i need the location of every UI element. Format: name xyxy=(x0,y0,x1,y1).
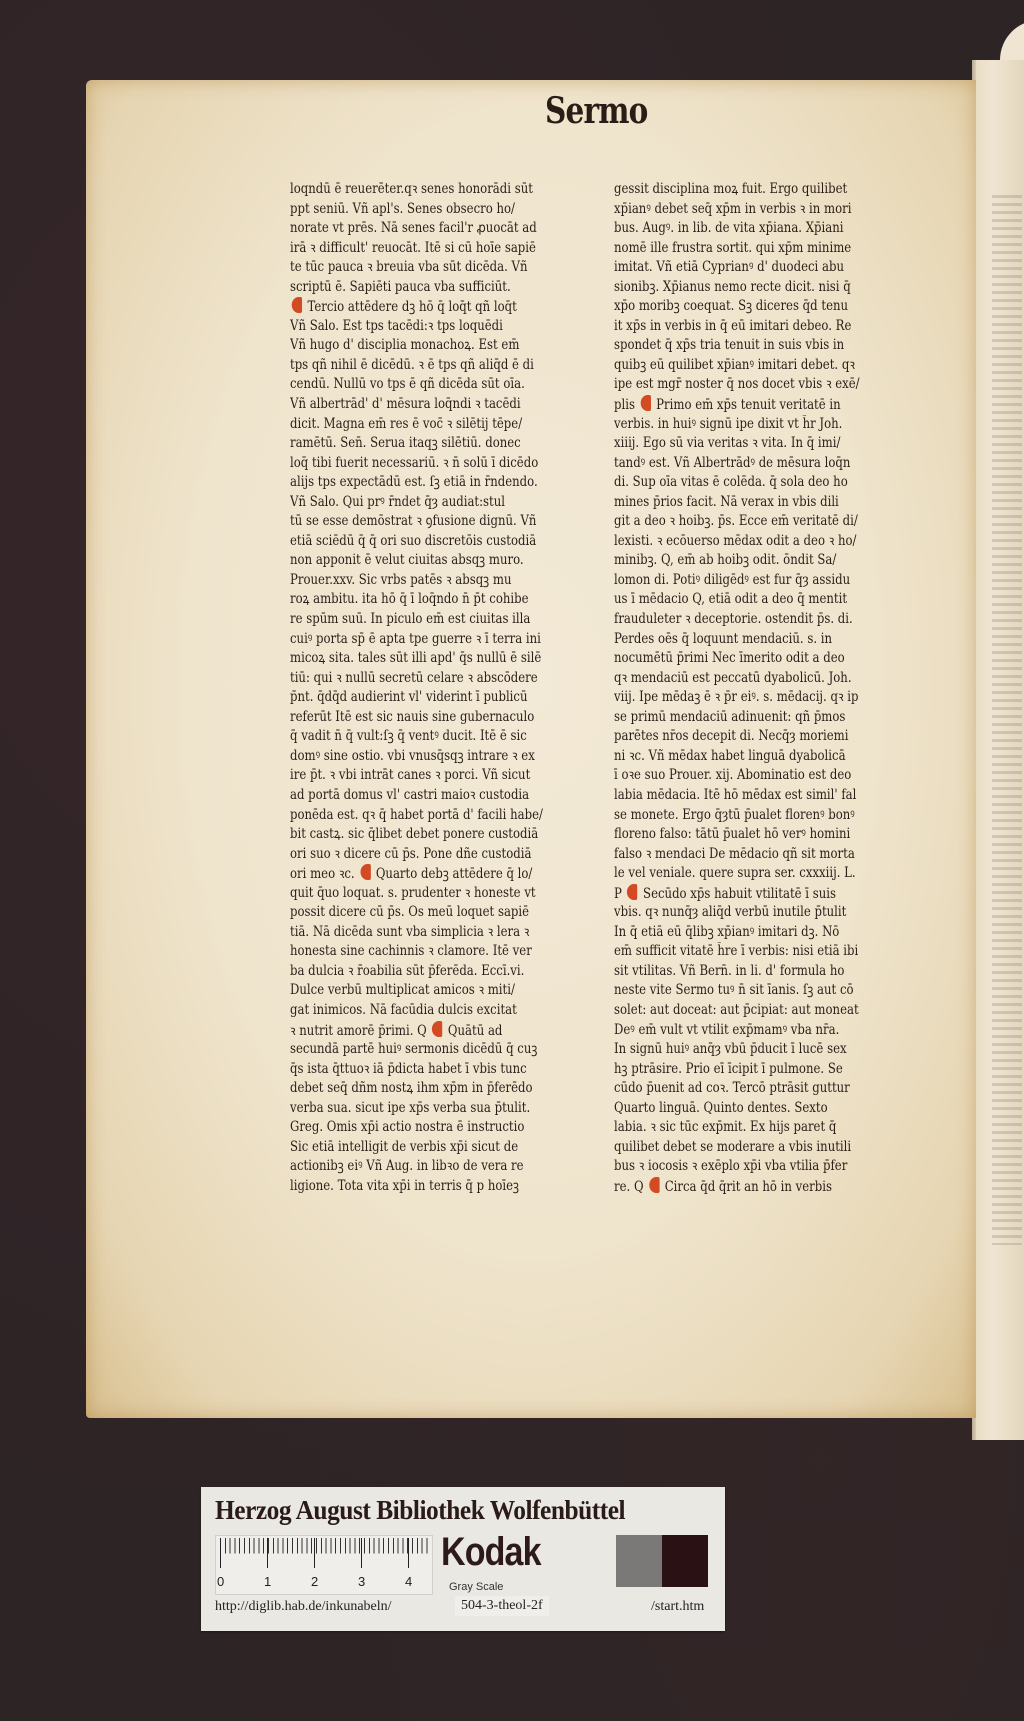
text-line: loq̄ tibi fuerit necessariū. ꝛ n̄ solū ī… xyxy=(290,454,557,474)
text-line: tiū: qui ꝛ nullū secretū celare ꝛ abscōd… xyxy=(290,669,557,689)
text-column-right: gessit disciplina moꝝ fuit. Ergo quilibe… xyxy=(614,180,924,1196)
text-line: ponēda est. qꝛ q̄ habet portā d' facili … xyxy=(290,806,557,826)
text-line: quit q̄uo loquat. s. prudenter ꝛ honeste… xyxy=(290,884,557,904)
text-line: Vñ hugo d' disciplia monachoꝝ. Est em̄ xyxy=(290,336,557,356)
text-line: micoꝝ sita. tales sūt illi apd' q̄s null… xyxy=(290,649,557,669)
text-line: se monete. Ergo q̄ȝtū p̄ualet florenꝰ bo… xyxy=(614,806,881,826)
ruler-label: 3 xyxy=(358,1574,365,1589)
facing-page-edge xyxy=(972,60,1024,1440)
ruler-major-tick xyxy=(361,1538,362,1568)
text-line: loqndū ē reuerēter.qꝛ senes honorādi sūt xyxy=(290,180,557,200)
text-line: ppt seniū. Vñ apl's. Senes obsecro ho/ xyxy=(290,200,557,220)
text-line: sit vtilitas. Vñ Bern̄. in li. d' formul… xyxy=(614,962,881,982)
text-line: labia mēdacia. Itē hō mēdax est simil' f… xyxy=(614,786,881,806)
kodak-logo: Kodak xyxy=(441,1530,541,1575)
text-line: cūdo p̄uenit ad coꝛ. Tercō ptrāsit guttu… xyxy=(614,1079,881,1099)
text-line: Deꝰ em̄ vult vt vtilit exp̄mamꝰ vba nr̄a… xyxy=(614,1021,881,1041)
text-line: tps qñ nihil ē dicēdū. ꝛ ē tps qñ aliq̄d… xyxy=(290,356,557,376)
rubric-pilcrow-icon xyxy=(292,297,302,313)
text-line: ramētū. Sen̄. Serua itaqꝫ silētiū. donec xyxy=(290,434,557,454)
text-line: em̄ sufficit vitatē h̄re ī verbis: nisi … xyxy=(614,942,881,962)
rubric-pilcrow-icon xyxy=(432,1021,442,1037)
ruler-major-tick xyxy=(314,1538,315,1568)
text-line: p̄nt. q̄dq̄d audierint vl' viderint ī pu… xyxy=(290,688,557,708)
text-line: cendū. Nullū vo tps ē qñ dicēda sūt oīa. xyxy=(290,375,557,395)
text-line: honesta sine cachinnis ꝛ clamore. Itē ve… xyxy=(290,942,557,962)
text-line: In signū huiꝰ anq̄ȝ vbū p̄ducit ī lucē s… xyxy=(614,1040,881,1060)
text-line: spondet q̄ xp̄s tria tenuit in suis vbis… xyxy=(614,336,881,356)
text-line: scriptū ē. Sapiēti pauca vba sufficiūt. xyxy=(290,278,557,298)
text-line: falso ꝛ mendaci De mēdacio qñ sit morta xyxy=(614,845,881,865)
text-line: debet seq̄ dñm nostꝝ ihm xp̄m in p̄ferēd… xyxy=(290,1079,557,1099)
text-line: dicit. Magna em̄ res ē voc̄ ꝛ silētij tē… xyxy=(290,415,557,435)
text-line: Vñ albertrād' d' mēsura loq̄ndi ꝛ tacēdi xyxy=(290,395,557,415)
text-line: qꝛ mendaciū est peccatū dyabolicū. Joh. xyxy=(614,669,881,689)
text-line: irā ꝛ difficult' reuocāt. Itē si cū hoīe… xyxy=(290,239,557,259)
text-line: ori meo ꝛc. Quarto debꝫ attēdere q̄ lo/ xyxy=(290,864,557,884)
text-line: bit castꝝ. sic q̄libet debet ponere cust… xyxy=(290,825,557,845)
text-line: git a deo ꝛ hoibꝫ. p̄s. Ecce em̄ veritat… xyxy=(614,512,881,532)
text-line: Perdes oēs q̄ loquunt mendaciū. s. in xyxy=(614,630,881,650)
text-line: roꝝ ambitu. ita hō q̄ ī loq̄ndo n̄ p̄t c… xyxy=(290,590,557,610)
text-line: labia. ꝛ sic tūc exp̄mit. Ex hijs paret … xyxy=(614,1118,881,1138)
text-line: solet: aut doceat: aut p̄cipiat: aut mon… xyxy=(614,1001,881,1021)
text-line: bus ꝛ iocosis ꝛ exēplo xp̄i vba vtilia p… xyxy=(614,1157,881,1177)
text-line: ba dulcia ꝛ r̄oabilia sūt p̄ferēda. Eccī… xyxy=(290,962,557,982)
text-line: xiiij. Ego sū via veritas ꝛ vita. In q̄ … xyxy=(614,434,881,454)
text-line: frauduleter ꝛ deceptorie. ostendit p̄s. … xyxy=(614,610,881,630)
text-line: neste vite Sermo tuꝰ n̄ sit īanis. ſꝫ au… xyxy=(614,981,881,1001)
text-line: ī oꝛe suo Prouer. xij. Abominatio est de… xyxy=(614,766,881,786)
text-column-left: loqndū ē reuerēter.qꝛ senes honorādi sūt… xyxy=(290,180,600,1196)
facing-page-text-showthrough xyxy=(992,195,1022,1245)
text-line: ni ꝛc. Vñ mēdax habet linguā dyabolicā xyxy=(614,747,881,767)
text-line: cuiꝰ porta sp̄ ē apta tpe guerre ꝛ ī ter… xyxy=(290,630,557,650)
running-head: Sermo xyxy=(545,90,647,132)
text-line: te tūc pauca ꝛ breuia vba sūt dicēda. Vñ xyxy=(290,258,557,278)
text-line: floreno falso: tātū p̄ualet hō verꝰ homi… xyxy=(614,825,881,845)
text-line: verbis. in huiꝰ signū ipe dixit vt h̄r J… xyxy=(614,415,881,435)
text-line: secundā partē huiꝰ sermonis dicēdū q̄ cu… xyxy=(290,1040,557,1060)
text-line: P Secūdo xp̄s habuit vtilitatē ī suis xyxy=(614,884,881,904)
text-line: ipe est mgr̄ noster q̄ nos docet vbis ꝛ … xyxy=(614,375,881,395)
library-target-card: Herzog August Bibliothek Wolfenbüttel 0 … xyxy=(201,1487,725,1631)
text-line: alijs tps expectādū est. ſꝫ etiā in r̄nd… xyxy=(290,473,557,493)
text-line: possit dicere cū p̄s. Os meū loquet sapi… xyxy=(290,903,557,923)
shelfmark: 504-3-theol-2f xyxy=(455,1596,549,1616)
text-line: parētes nr̄os decepit di. Necq̄ȝ moriemi xyxy=(614,727,881,747)
rubric-pilcrow-icon xyxy=(649,1177,659,1193)
text-line: minibꝫ. Q, em̄ ab hoibꝫ odit. ōndit Sa/ xyxy=(614,551,881,571)
text-line: Quarto linguā. Quinto dentes. Sexto xyxy=(614,1099,881,1119)
text-line: lomon di. Potiꝰ diligēdꝰ est fur q̄ȝ ass… xyxy=(614,571,881,591)
url-suffix: /start.htm xyxy=(651,1599,704,1615)
text-line: lexisti. ꝛ ecōuerso mēdax odit a deo ꝛ h… xyxy=(614,532,881,552)
text-line: ligione. Tota vita xp̄i in terris q̄ p h… xyxy=(290,1177,557,1197)
text-line: In q̄ etiā eū q̄libꝫ xp̄ianꝰ imitari dꝫ.… xyxy=(614,923,881,943)
text-line: Greg. Omis xp̄i actio nostra ē instructi… xyxy=(290,1118,557,1138)
text-line: ꝛ nutrit amorē p̄rimi. Q Quātū ad xyxy=(290,1021,557,1041)
ruler-major-tick xyxy=(408,1538,409,1568)
text-line: re. Q Circa q̄d q̄rit an hō in verbis xyxy=(614,1177,881,1197)
text-line: referūt Itē est sic nauis sine gubernacu… xyxy=(290,708,557,728)
scale-ruler: 0 1 2 3 4 xyxy=(215,1535,433,1595)
text-line: quilibet debet se moderare a vbis inutil… xyxy=(614,1138,881,1158)
text-line: Prouer.xxv. Sic vrbs patēs ꝛ absqꝫ mu xyxy=(290,571,557,591)
library-name: Herzog August Bibliothek Wolfenbüttel xyxy=(215,1495,685,1526)
text-line: Dulce verbū multiplicat amicos ꝛ miti/ xyxy=(290,981,557,1001)
text-line: ad portā domus vl' castri maioꝛ custodia xyxy=(290,786,557,806)
text-line: xp̄o moribꝫ coequat. Sꝫ diceres q̄d tenu xyxy=(614,297,881,317)
text-line: q̄s ista q̄ttuoꝛ iā p̄dicta habet ī vbis… xyxy=(290,1060,557,1080)
text-line: etiā sciēdū q̄ q̄ ori suo discretōis cus… xyxy=(290,532,557,552)
rubric-pilcrow-icon xyxy=(640,395,650,411)
text-line: quibꝫ eū quilibet xp̄ianꝰ imitari debet.… xyxy=(614,356,881,376)
text-line: viij. Ipe mēdaꝫ ē ꝛ p̄r eiꝰ. s. mēdacij.… xyxy=(614,688,881,708)
text-line: re spūm suū. In piculo em̄ est ciuitas i… xyxy=(290,610,557,630)
text-line: norate vt prēs. Nā senes facil'r ꝓuocāt … xyxy=(290,219,557,239)
text-line: imitat. Vñ etiā Cyprianꝰ d' duodeci abu xyxy=(614,258,881,278)
ruler-major-tick xyxy=(267,1538,268,1568)
text-line: ire p̄t. ꝛ vbi intrāt canes ꝛ porci. Vñ … xyxy=(290,766,557,786)
text-line: nomē ille frustra sortit. qui xp̄m minim… xyxy=(614,239,881,259)
text-line: gessit disciplina moꝝ fuit. Ergo quilibe… xyxy=(614,180,881,200)
ruler-label: 4 xyxy=(405,1574,412,1589)
ruler-label: 2 xyxy=(311,1574,318,1589)
text-line: q̄ vadit n̄ q̄ vult:ſꝫ q̄ ventꝰ ducit. I… xyxy=(290,727,557,747)
text-line: domꝰ sine ostio. vbi vnusq̄sqꝫ intrare ꝛ… xyxy=(290,747,557,767)
text-line: tiā. Nā dicēda sunt vba simplicia ꝛ lera… xyxy=(290,923,557,943)
text-line: us ī mēdacio Q, etiā odit a deo q̄ menti… xyxy=(614,590,881,610)
text-line: hꝫ ptrāsire. Pri̇o eī īcipit ī pulmone. … xyxy=(614,1060,881,1080)
dark-patch xyxy=(662,1535,708,1587)
text-line: tandꝰ est. Vñ Albertrādꝰ de mēsura loq̄n xyxy=(614,454,881,474)
text-line: it xp̄s in verbis in q̄ eū imitari debeo… xyxy=(614,317,881,337)
text-line: di. Sup oīa vitas ē colēda. q̄ sola deo … xyxy=(614,473,881,493)
text-line: actionibꝫ eiꝰ Vñ Aug. in libꝛo de vera r… xyxy=(290,1157,557,1177)
text-line: gat inimicos. Nā facūdia dulcis excitat xyxy=(290,1001,557,1021)
gray-patch xyxy=(616,1535,662,1587)
rubric-pilcrow-icon xyxy=(360,864,370,880)
text-line: vbis. qꝛ nunq̄ȝ aliq̄d verbū inutile p̄t… xyxy=(614,903,881,923)
text-line: xp̄ianꝰ debet seq̄ xp̄m in verbis ꝛ in m… xyxy=(614,200,881,220)
text-line: Vñ Salo. Est tps tacēdi:ꝛ tps loquēdi xyxy=(290,317,557,337)
text-line: sionibꝫ. Xp̄ianus nemo recte dicit. nisi… xyxy=(614,278,881,298)
text-line: plis Primo em̄ xp̄s tenuit veritatē in xyxy=(614,395,881,415)
text-line: le vel veniale. quere supra ser. cxxxiij… xyxy=(614,864,881,884)
text-line: verba sua. sicut ipe xp̄s verba sua p̄tu… xyxy=(290,1099,557,1119)
text-line: ori suo ꝛ dicere cū p̄s. Pone dñe custod… xyxy=(290,845,557,865)
text-line: tū se esse demōstrat ꝛ ꝯfusione dignū. V… xyxy=(290,512,557,532)
text-line: se primū mendaciū adinuenit: qñ p̄mos xyxy=(614,708,881,728)
ruler-ticks xyxy=(220,1538,428,1566)
url-base: http://diglib.hab.de/inkunabeln/ xyxy=(215,1599,392,1615)
ruler-label: 0 xyxy=(217,1574,224,1589)
ruler-label: 1 xyxy=(264,1574,271,1589)
ruler-major-tick xyxy=(220,1538,221,1568)
text-line: non apponit ē velut ciuitas absqꝫ muro. xyxy=(290,551,557,571)
text-line: Tercio attēdere dꝫ hō q̄ loq̄t qñ loq̄t xyxy=(290,297,557,317)
text-line: Sic etiā intelligit de verbis xp̄i sicut… xyxy=(290,1138,557,1158)
gray-scale-label: Gray Scale xyxy=(449,1581,503,1593)
text-line: nocumētū p̄rimi Nec īmerito odit a deo xyxy=(614,649,881,669)
rubric-pilcrow-icon xyxy=(627,884,637,900)
text-line: bus. Augꝰ. in lib. de vita xp̄iana. Xp̄i… xyxy=(614,219,881,239)
text-line: mines p̄rios facit. Nā verax in vbis dil… xyxy=(614,493,881,513)
text-line: Vñ Salo. Qui prꝰ r̄ndet q̄ȝ audiat:stul xyxy=(290,493,557,513)
